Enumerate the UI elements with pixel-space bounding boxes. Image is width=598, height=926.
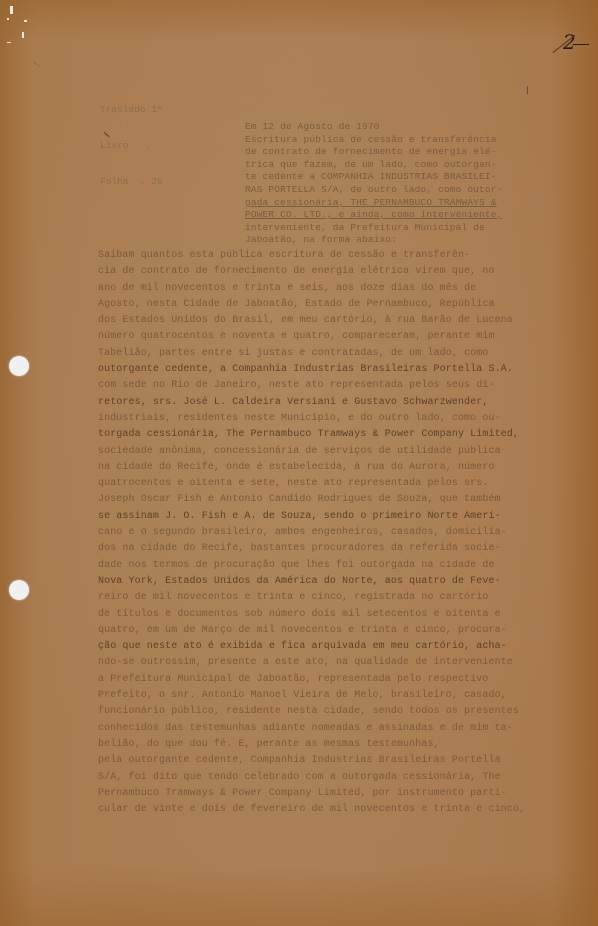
reference-line: Livro ..: [100, 140, 163, 152]
body-line: se assinam J. O. Fish e A. de Souza, sen…: [98, 509, 588, 525]
body-line: Joseph Oscar Fish e Antonio Candido Rodr…: [98, 492, 588, 508]
body-line: pela outorgante cedente, Companhia Indus…: [98, 753, 588, 769]
body-line: torgada cessionária, The Pernambuco Tram…: [98, 427, 588, 443]
body-line: funcionário público, residente nesta cid…: [98, 704, 588, 720]
body-line: Saibam quantos esta pública escritura de…: [98, 248, 588, 264]
body-line: dos Estados Unidos do Brasil, em meu car…: [98, 313, 588, 329]
paper-edge-shading: [0, 866, 598, 926]
header-line: de contrato de fornecimento de energia e…: [245, 146, 590, 159]
header-line: POWER CO. LTD., e ainda, como intervenie…: [245, 209, 590, 222]
reference-block: Traslado 1º Livro .. Folha . 26: [100, 80, 163, 212]
header-line: interveniente, da Prefeitura Municipal d…: [245, 222, 590, 235]
body-line: de títulos e documentos sob número dois …: [98, 607, 588, 623]
header-date: Em 12 de Agosto de 1970: [245, 121, 590, 134]
deed-summary-header: Em 12 de Agosto de 1970 Escritura públic…: [245, 121, 590, 247]
body-line: S/A, foi dito que tendo celebrado com a …: [98, 770, 588, 786]
binder-punch-hole: [9, 580, 29, 600]
body-line: ndo-se outrossim, presente a este ato, n…: [98, 655, 588, 671]
body-line: outorgante cedente, a Companhia Industri…: [98, 362, 588, 378]
body-line: a Prefeitura Municipal de Jaboatão, repr…: [98, 672, 588, 688]
body-line: na cidade do Recife, onde é estabelecida…: [98, 460, 588, 476]
reference-line: Folha . 26: [100, 176, 163, 188]
margin-marks: [4, 4, 34, 44]
body-line: belião, do que dou fé. E, perante as mes…: [98, 737, 588, 753]
body-line: ção que neste ato é exibida e fica arqui…: [98, 639, 588, 655]
header-line: RAS PORTELLA S/A, de outro lado, como ou…: [245, 184, 590, 197]
paper-edge-shading: [0, 0, 598, 40]
deed-body: Saibam quantos esta pública escritura de…: [98, 248, 588, 818]
body-line: cano e o segundo brasileiro, ambos engen…: [98, 525, 588, 541]
body-line: com sede no Rio de Janeiro, neste ato re…: [98, 378, 588, 394]
body-line: cular de vinte e dois de fevereiro de mi…: [98, 802, 588, 818]
binder-punch-hole: [9, 356, 29, 376]
body-line: Agosto, nesta Cidade de Jaboatão, Estado…: [98, 297, 588, 313]
body-line: número quatrocentos e noventa e quatro, …: [98, 329, 588, 345]
body-line: dade nos termos de procuração que lhes f…: [98, 558, 588, 574]
pen-mark: [33, 62, 40, 67]
body-line: Pernambuco Tramways & Power Company Limi…: [98, 786, 588, 802]
body-line: dos na cidade do Recife, bastantes procu…: [98, 541, 588, 557]
pen-mark: [527, 86, 528, 94]
body-line: retores, srs. José L. Caldeira Versiani …: [98, 395, 588, 411]
body-line: quatro, em um de Março de mil novecentos…: [98, 623, 588, 639]
reference-line: Traslado 1º: [100, 104, 163, 116]
header-line: Escritura pública de cessão e transferên…: [245, 134, 590, 147]
body-line: Nova York, Estados Unidos da América do …: [98, 574, 588, 590]
handwritten-page-number: 2: [563, 30, 593, 70]
header-line: trica que fazem, de um lado, como outorg…: [245, 159, 590, 172]
header-line: te cedente a COMPANHIA INDUSTRIAS BRASIL…: [245, 171, 590, 184]
body-line: reiro de mil novecentos e trinta e cinco…: [98, 590, 588, 606]
body-line: industriais, residentes neste Município,…: [98, 411, 588, 427]
body-line: Tabelião, partes entre si justas e contr…: [98, 346, 588, 362]
body-line: conhecidos das testemunhas adiante nomea…: [98, 721, 588, 737]
body-line: cia de contrato de fornecimento de energ…: [98, 264, 588, 280]
body-line: Prefeito, o snr. Antonio Manoel Vieira d…: [98, 688, 588, 704]
header-line: Jaboatão, na forma abaixo:: [245, 234, 590, 247]
body-line: ano de mil novecentos e trinta e seis, a…: [98, 281, 588, 297]
body-line: sociedade anônima, concessionária de ser…: [98, 444, 588, 460]
document-page: 2 Traslado 1º Livro .. Folha . 26 Em 12 …: [0, 0, 598, 926]
body-line: quatrocentos e oitenta e sete, neste ato…: [98, 476, 588, 492]
header-line: gada cessionária, THE PERNAMBUCO TRAMWAY…: [245, 197, 590, 210]
